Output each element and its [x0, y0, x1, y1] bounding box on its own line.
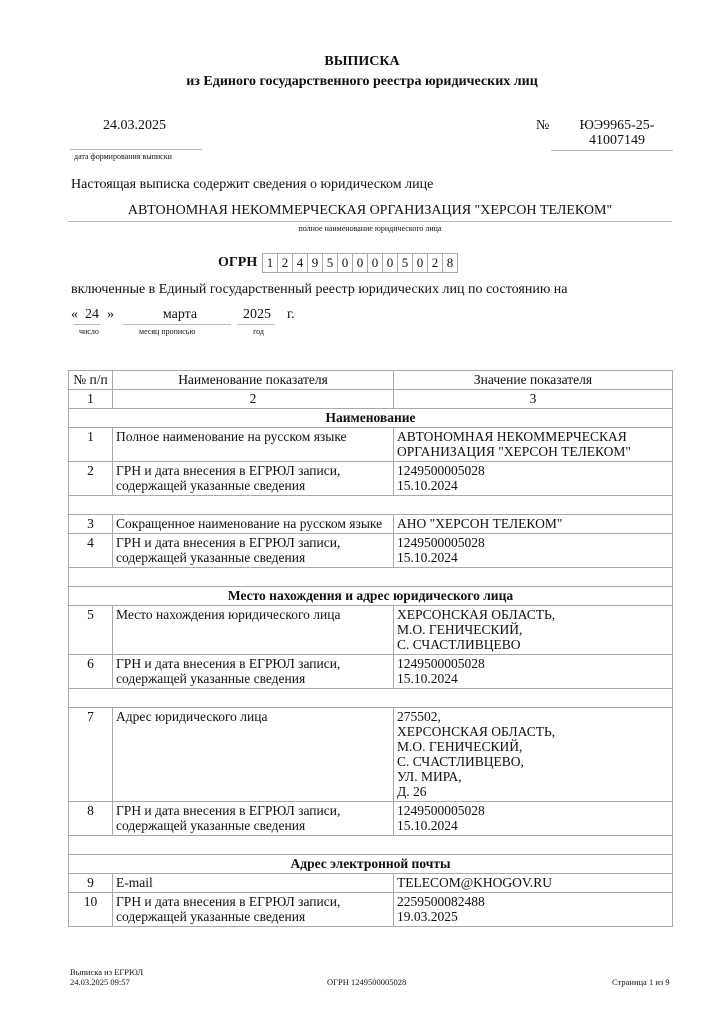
ogrn-digit-box: 5 [322, 253, 338, 273]
extract-number: ЮЭ9965-25- 41007149 [572, 118, 662, 148]
column-number-3: 3 [394, 390, 673, 409]
value-line: ХЕРСОНСКАЯ ОБЛАСТЬ, [397, 607, 669, 622]
ogrn-digit-box: 4 [292, 253, 308, 273]
state-day: 24 [85, 307, 99, 323]
included-text: включенные в Единый государственный реес… [71, 282, 568, 298]
footer-page-number: Страница 1 из 9 [612, 977, 670, 987]
value-line: АВТОНОМНАЯ НЕКОММЕРЧЕСКАЯ [397, 429, 669, 444]
value-line: 1249500005028 [397, 463, 669, 478]
intro-text: Настоящая выписка содержит сведения о юр… [71, 177, 433, 193]
indicator-value: 124950000502815.10.2024 [394, 534, 673, 568]
value-line: С. СЧАСТЛИВЦЕВО, [397, 754, 669, 769]
value-line: 15.10.2024 [397, 671, 669, 686]
row-number: 7 [69, 708, 113, 802]
section-header-row: Место нахождения и адрес юридического ли… [69, 587, 673, 606]
value-line: АНО "ХЕРСОН ТЕЛЕКОМ" [397, 516, 669, 531]
table-row: 1Полное наименование на русском языкеАВТ… [69, 428, 673, 462]
month-underline [123, 324, 231, 325]
org-name-caption: полное наименование юридического лица [68, 224, 672, 233]
table-row: 5Место нахождения юридического лицаХЕРСО… [69, 606, 673, 655]
indicator-value: TELECOM@KHOGOV.RU [394, 874, 673, 893]
ogrn-label: ОГРН [218, 255, 257, 271]
table-row: 4ГРН и дата внесения в ЕГРЮЛ записи, сод… [69, 534, 673, 568]
ogrn-digit-box: 2 [427, 253, 443, 273]
row-number: 1 [69, 428, 113, 462]
indicator-value: АНО "ХЕРСОН ТЕЛЕКОМ" [394, 515, 673, 534]
indicator-value: 275502,ХЕРСОНСКАЯ ОБЛАСТЬ,М.О. ГЕНИЧЕСКИ… [394, 708, 673, 802]
table-row: 3Сокращенное наименование на русском язы… [69, 515, 673, 534]
value-line: 275502, [397, 709, 669, 724]
row-number: 2 [69, 462, 113, 496]
indicator-value: 124950000502815.10.2024 [394, 655, 673, 689]
state-month: марта [129, 307, 231, 323]
month-caption: месяц прописью [139, 327, 195, 336]
blank-cell [69, 689, 673, 708]
value-line: М.О. ГЕНИЧЕСКИЙ, [397, 622, 669, 637]
table-row: 10ГРН и дата внесения в ЕГРЮЛ записи, со… [69, 893, 673, 927]
table-column-numbers-row: 1 2 3 [69, 390, 673, 409]
ogrn-digit-box: 0 [412, 253, 428, 273]
indicator-name: ГРН и дата внесения в ЕГРЮЛ записи, соде… [113, 655, 394, 689]
ogrn-digit-box: 5 [397, 253, 413, 273]
day-underline [74, 324, 100, 325]
header-number: № п/п [69, 371, 113, 390]
close-quote: » [107, 307, 114, 323]
table-row: 9E-mailTELECOM@KHOGOV.RU [69, 874, 673, 893]
value-line: ХЕРСОНСКАЯ ОБЛАСТЬ, [397, 724, 669, 739]
row-number: 3 [69, 515, 113, 534]
extract-date: 24.03.2025 [103, 118, 166, 134]
section-title: Адрес электронной почты [69, 855, 673, 874]
number-underline [551, 150, 673, 151]
ogrn-digit-box: 9 [307, 253, 323, 273]
footer-left: Выписка из ЕГРЮЛ 24.03.2025 09:57 [70, 967, 143, 987]
ogrn-digit-box: 0 [337, 253, 353, 273]
row-number: 6 [69, 655, 113, 689]
indicator-name: Адрес юридического лица [113, 708, 394, 802]
value-line: 1249500005028 [397, 803, 669, 818]
footer-ogrn: ОГРН 1249500005028 [327, 977, 406, 987]
value-line: 15.10.2024 [397, 478, 669, 493]
ogrn-digit-box: 8 [442, 253, 458, 273]
value-line: Д. 26 [397, 784, 669, 799]
value-line: 19.03.2025 [397, 909, 669, 924]
open-quote: « [71, 307, 78, 323]
indicator-value: 225950008248819.03.2025 [394, 893, 673, 927]
extract-number-line2: 41007149 [572, 133, 662, 148]
value-line: М.О. ГЕНИЧЕСКИЙ, [397, 739, 669, 754]
column-number-1: 1 [69, 390, 113, 409]
indicator-name: Полное наименование на русском языке [113, 428, 394, 462]
document-title: ВЫПИСКА [0, 54, 724, 70]
org-full-name: АВТОНОМНАЯ НЕКОММЕРЧЕСКАЯ ОРГАНИЗАЦИЯ "Х… [68, 203, 672, 219]
year-suffix: г. [287, 307, 295, 323]
indicator-name: ГРН и дата внесения в ЕГРЮЛ записи, соде… [113, 534, 394, 568]
blank-spacer-row [69, 568, 673, 587]
section-title: Место нахождения и адрес юридического ли… [69, 587, 673, 606]
table-header-row: № п/п Наименование показателя Значение п… [69, 371, 673, 390]
row-number: 9 [69, 874, 113, 893]
column-number-2: 2 [113, 390, 394, 409]
value-line: 1249500005028 [397, 656, 669, 671]
indicator-value: 124950000502815.10.2024 [394, 462, 673, 496]
row-number: 10 [69, 893, 113, 927]
table-row: 7Адрес юридического лица275502,ХЕРСОНСКА… [69, 708, 673, 802]
blank-spacer-row [69, 496, 673, 515]
blank-cell [69, 568, 673, 587]
ogrn-digit-box: 1 [262, 253, 278, 273]
indicator-name: E-mail [113, 874, 394, 893]
value-line: 2259500082488 [397, 894, 669, 909]
value-line: УЛ. МИРА, [397, 769, 669, 784]
value-line: TELECOM@KHOGOV.RU [397, 875, 669, 890]
document-subtitle: из Единого государственного реестра юрид… [0, 74, 724, 90]
value-line: 1249500005028 [397, 535, 669, 550]
indicator-name: ГРН и дата внесения в ЕГРЮЛ записи, соде… [113, 802, 394, 836]
indicator-name: Сокращенное наименование на русском язык… [113, 515, 394, 534]
number-sign: № [536, 118, 549, 134]
header-indicator-value: Значение показателя [394, 371, 673, 390]
ogrn-digit-box: 0 [352, 253, 368, 273]
ogrn-digit-box: 0 [367, 253, 383, 273]
year-underline [237, 324, 275, 325]
section-title: Наименование [69, 409, 673, 428]
date-caption: дата формирования выписки [74, 152, 172, 161]
row-number: 5 [69, 606, 113, 655]
date-underline [70, 149, 202, 150]
blank-spacer-row [69, 689, 673, 708]
table-row: 2ГРН и дата внесения в ЕГРЮЛ записи, сод… [69, 462, 673, 496]
row-number: 8 [69, 802, 113, 836]
footer-timestamp: 24.03.2025 09:57 [70, 977, 143, 987]
value-line: С. СЧАСТЛИВЦЕВО [397, 637, 669, 652]
value-line: 15.10.2024 [397, 550, 669, 565]
value-line: ОРГАНИЗАЦИЯ "ХЕРСОН ТЕЛЕКОМ" [397, 444, 669, 459]
indicator-name: ГРН и дата внесения в ЕГРЮЛ записи, соде… [113, 893, 394, 927]
value-line: 15.10.2024 [397, 818, 669, 833]
section-header-row: Наименование [69, 409, 673, 428]
year-caption: год [253, 327, 264, 336]
org-name-underline [68, 221, 672, 222]
indicator-name: ГРН и дата внесения в ЕГРЮЛ записи, соде… [113, 462, 394, 496]
table-row: 6ГРН и дата внесения в ЕГРЮЛ записи, сод… [69, 655, 673, 689]
row-number: 4 [69, 534, 113, 568]
indicator-value: 124950000502815.10.2024 [394, 802, 673, 836]
ogrn-digit-box: 2 [277, 253, 293, 273]
indicator-value: ХЕРСОНСКАЯ ОБЛАСТЬ,М.О. ГЕНИЧЕСКИЙ,С. СЧ… [394, 606, 673, 655]
blank-cell [69, 496, 673, 515]
ogrn-digit-box: 0 [382, 253, 398, 273]
table-row: 8ГРН и дата внесения в ЕГРЮЛ записи, сод… [69, 802, 673, 836]
indicator-value: АВТОНОМНАЯ НЕКОММЕРЧЕСКАЯОРГАНИЗАЦИЯ "ХЕ… [394, 428, 673, 462]
blank-cell [69, 836, 673, 855]
section-header-row: Адрес электронной почты [69, 855, 673, 874]
day-caption: число [79, 327, 99, 336]
indicator-name: Место нахождения юридического лица [113, 606, 394, 655]
ogrn-digit-boxes: 1249500005028 [263, 253, 458, 273]
blank-spacer-row [69, 836, 673, 855]
extract-number-line1: ЮЭ9965-25- [572, 118, 662, 133]
records-table: № п/п Наименование показателя Значение п… [68, 370, 673, 927]
header-indicator-name: Наименование показателя [113, 371, 394, 390]
footer-doc-label: Выписка из ЕГРЮЛ [70, 967, 143, 977]
state-year: 2025 [238, 307, 276, 323]
